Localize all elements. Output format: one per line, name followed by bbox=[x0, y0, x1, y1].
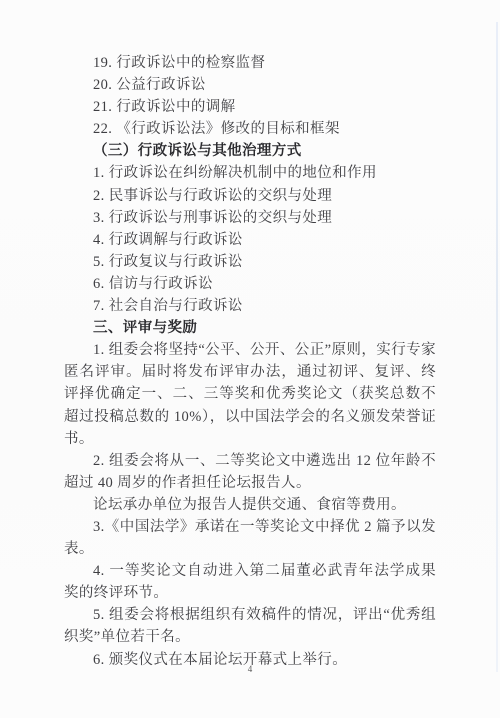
list-item: 20. 公益行政诉讼 bbox=[64, 74, 436, 96]
list-item: 7. 社会自治与行政诉讼 bbox=[64, 295, 436, 317]
list-item: 3. 行政诉讼与刑事诉讼的交织与处理 bbox=[64, 207, 436, 229]
document-content: 19. 行政诉讼中的检察监督20. 公益行政诉讼21. 行政诉讼中的调解22. … bbox=[64, 52, 436, 671]
paragraph: 论坛承办单位为报告人提供交通、食宿等费用。 bbox=[64, 494, 436, 516]
list-item: 19. 行政诉讼中的检察监督 bbox=[64, 52, 436, 74]
list-item: 22. 《行政诉讼法》修改的目标和框架 bbox=[64, 118, 436, 140]
scan-artifact-line bbox=[496, 22, 498, 672]
list-item: 4. 行政调解与行政诉讼 bbox=[64, 229, 436, 251]
section-heading: （三）行政诉讼与其他治理方式 bbox=[64, 140, 436, 162]
paragraph: 1. 组委会将坚持“公平、公开、公正”原则，实行专家匿名评审。届时将发布评审办法… bbox=[64, 339, 436, 449]
list-item: 5. 行政复议与行政诉讼 bbox=[64, 251, 436, 273]
list-item: 1. 行政诉讼在纠纷解决机制中的地位和作用 bbox=[64, 162, 436, 184]
list-item: 2. 民事诉讼与行政诉讼的交织与处理 bbox=[64, 185, 436, 207]
paragraph: 5. 组委会将根据组织有效稿件的情况，评出“优秀组织奖”单位若干名。 bbox=[64, 604, 436, 648]
scanned-document-page: 19. 行政诉讼中的检察监督20. 公益行政诉讼21. 行政诉讼中的调解22. … bbox=[0, 0, 500, 718]
list-item: 6. 信访与行政诉讼 bbox=[64, 273, 436, 295]
section-heading: 三、评审与奖励 bbox=[64, 317, 436, 339]
paragraph: 3.《中国法学》承诺在一等奖论文中择优 2 篇予以发表。 bbox=[64, 516, 436, 560]
paragraph: 2. 组委会将从一、二等奖论文中遴选出 12 位年龄不超过 40 周岁的作者担任… bbox=[64, 450, 436, 494]
page-number: 4 bbox=[0, 664, 500, 674]
list-item: 21. 行政诉讼中的调解 bbox=[64, 96, 436, 118]
paragraph: 4. 一等奖论文自动进入第二届董必武青年法学成果奖的终评环节。 bbox=[64, 560, 436, 604]
